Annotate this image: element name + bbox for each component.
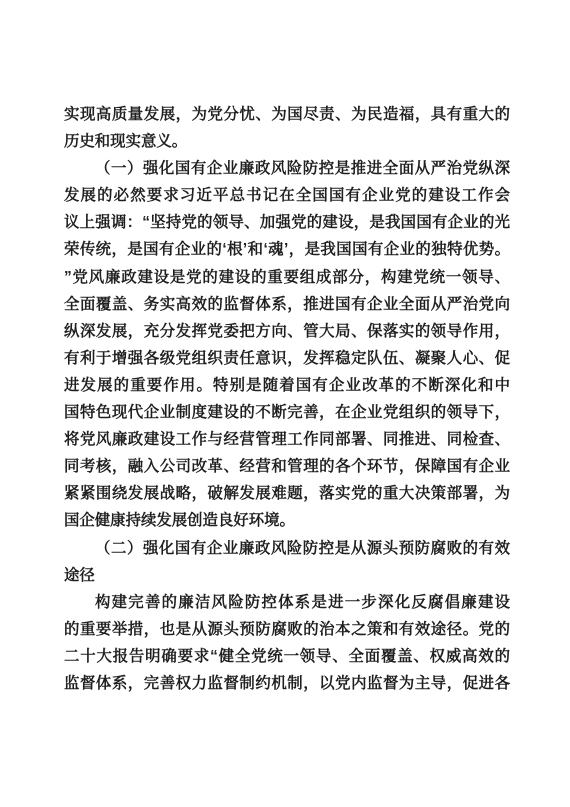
text-line: 将党风廉政建设工作与经营管理工作同部署、同推进、同检查、 [64,426,510,453]
text-line: ”党风廉政建设是党的建设的重要组成部分，构建党统一领导、 [64,264,510,291]
text-line: 国特色现代企业制度建设的不断完善，在企业党组织的领导下， [64,399,510,426]
document-page: 实现高质量发展，为党分忧、为国尽责、为民造福，具有重大的 历史和现实意义。 （一… [0,0,570,807]
text-line: 议上强调：“坚持党的领导、加强党的建设，是我国国有企业的光 [64,209,510,236]
text-line: 途径 [64,562,510,589]
text-line: 二十大报告明确要求“健全党统一领导、全面覆盖、权威高效的 [64,643,510,670]
text-line: 全面覆盖、务实高效的监督体系，推进国有企业全面从严治党向 [64,291,510,318]
text-line: 历史和现实意义。 [64,128,510,155]
text-line-section-2-start: （二）强化国有企业廉政风险防控是从源头预防腐败的有效 [64,535,510,562]
text-line: 纵深发展，充分发挥党委把方向、管大局、保落实的领导作用， [64,318,510,345]
text-line: 国企健康持续发展创造良好环境。 [64,507,510,534]
text-line: 构建完善的廉洁风险防控体系是进一步深化反腐倡廉建设 [64,589,510,616]
text-line: 同考核，融入公司改革、经营和管理的各个环节，保障国有企业 [64,453,510,480]
text-line: 紧紧围绕发展战略，破解发展难题，落实党的重大决策部署，为 [64,480,510,507]
text-line: 监督体系，完善权力监督制约机制，以党内监督为主导，促进各 [64,670,510,697]
document-text-block: 实现高质量发展，为党分忧、为国尽责、为民造福，具有重大的 历史和现实意义。 （一… [64,101,510,697]
text-line: 进发展的重要作用。特别是随着国有企业改革的不断深化和中 [64,372,510,399]
text-line-section-1-start: （一）强化国有企业廉政风险防控是推进全面从严治党纵深 [64,155,510,182]
text-line: 实现高质量发展，为党分忧、为国尽责、为民造福，具有重大的 [64,101,510,128]
text-line: 有利于增强各级党组织责任意识，发挥稳定队伍、凝聚人心、促 [64,345,510,372]
text-line: 荣传统，是国有企业的‘根’和‘魂’，是我国国有企业的独特优势。 [64,236,510,263]
text-line: 发展的必然要求习近平总书记在全国国有企业党的建设工作会 [64,182,510,209]
text-line: 的重要举措，也是从源头预防腐败的治本之策和有效途径。党的 [64,616,510,643]
